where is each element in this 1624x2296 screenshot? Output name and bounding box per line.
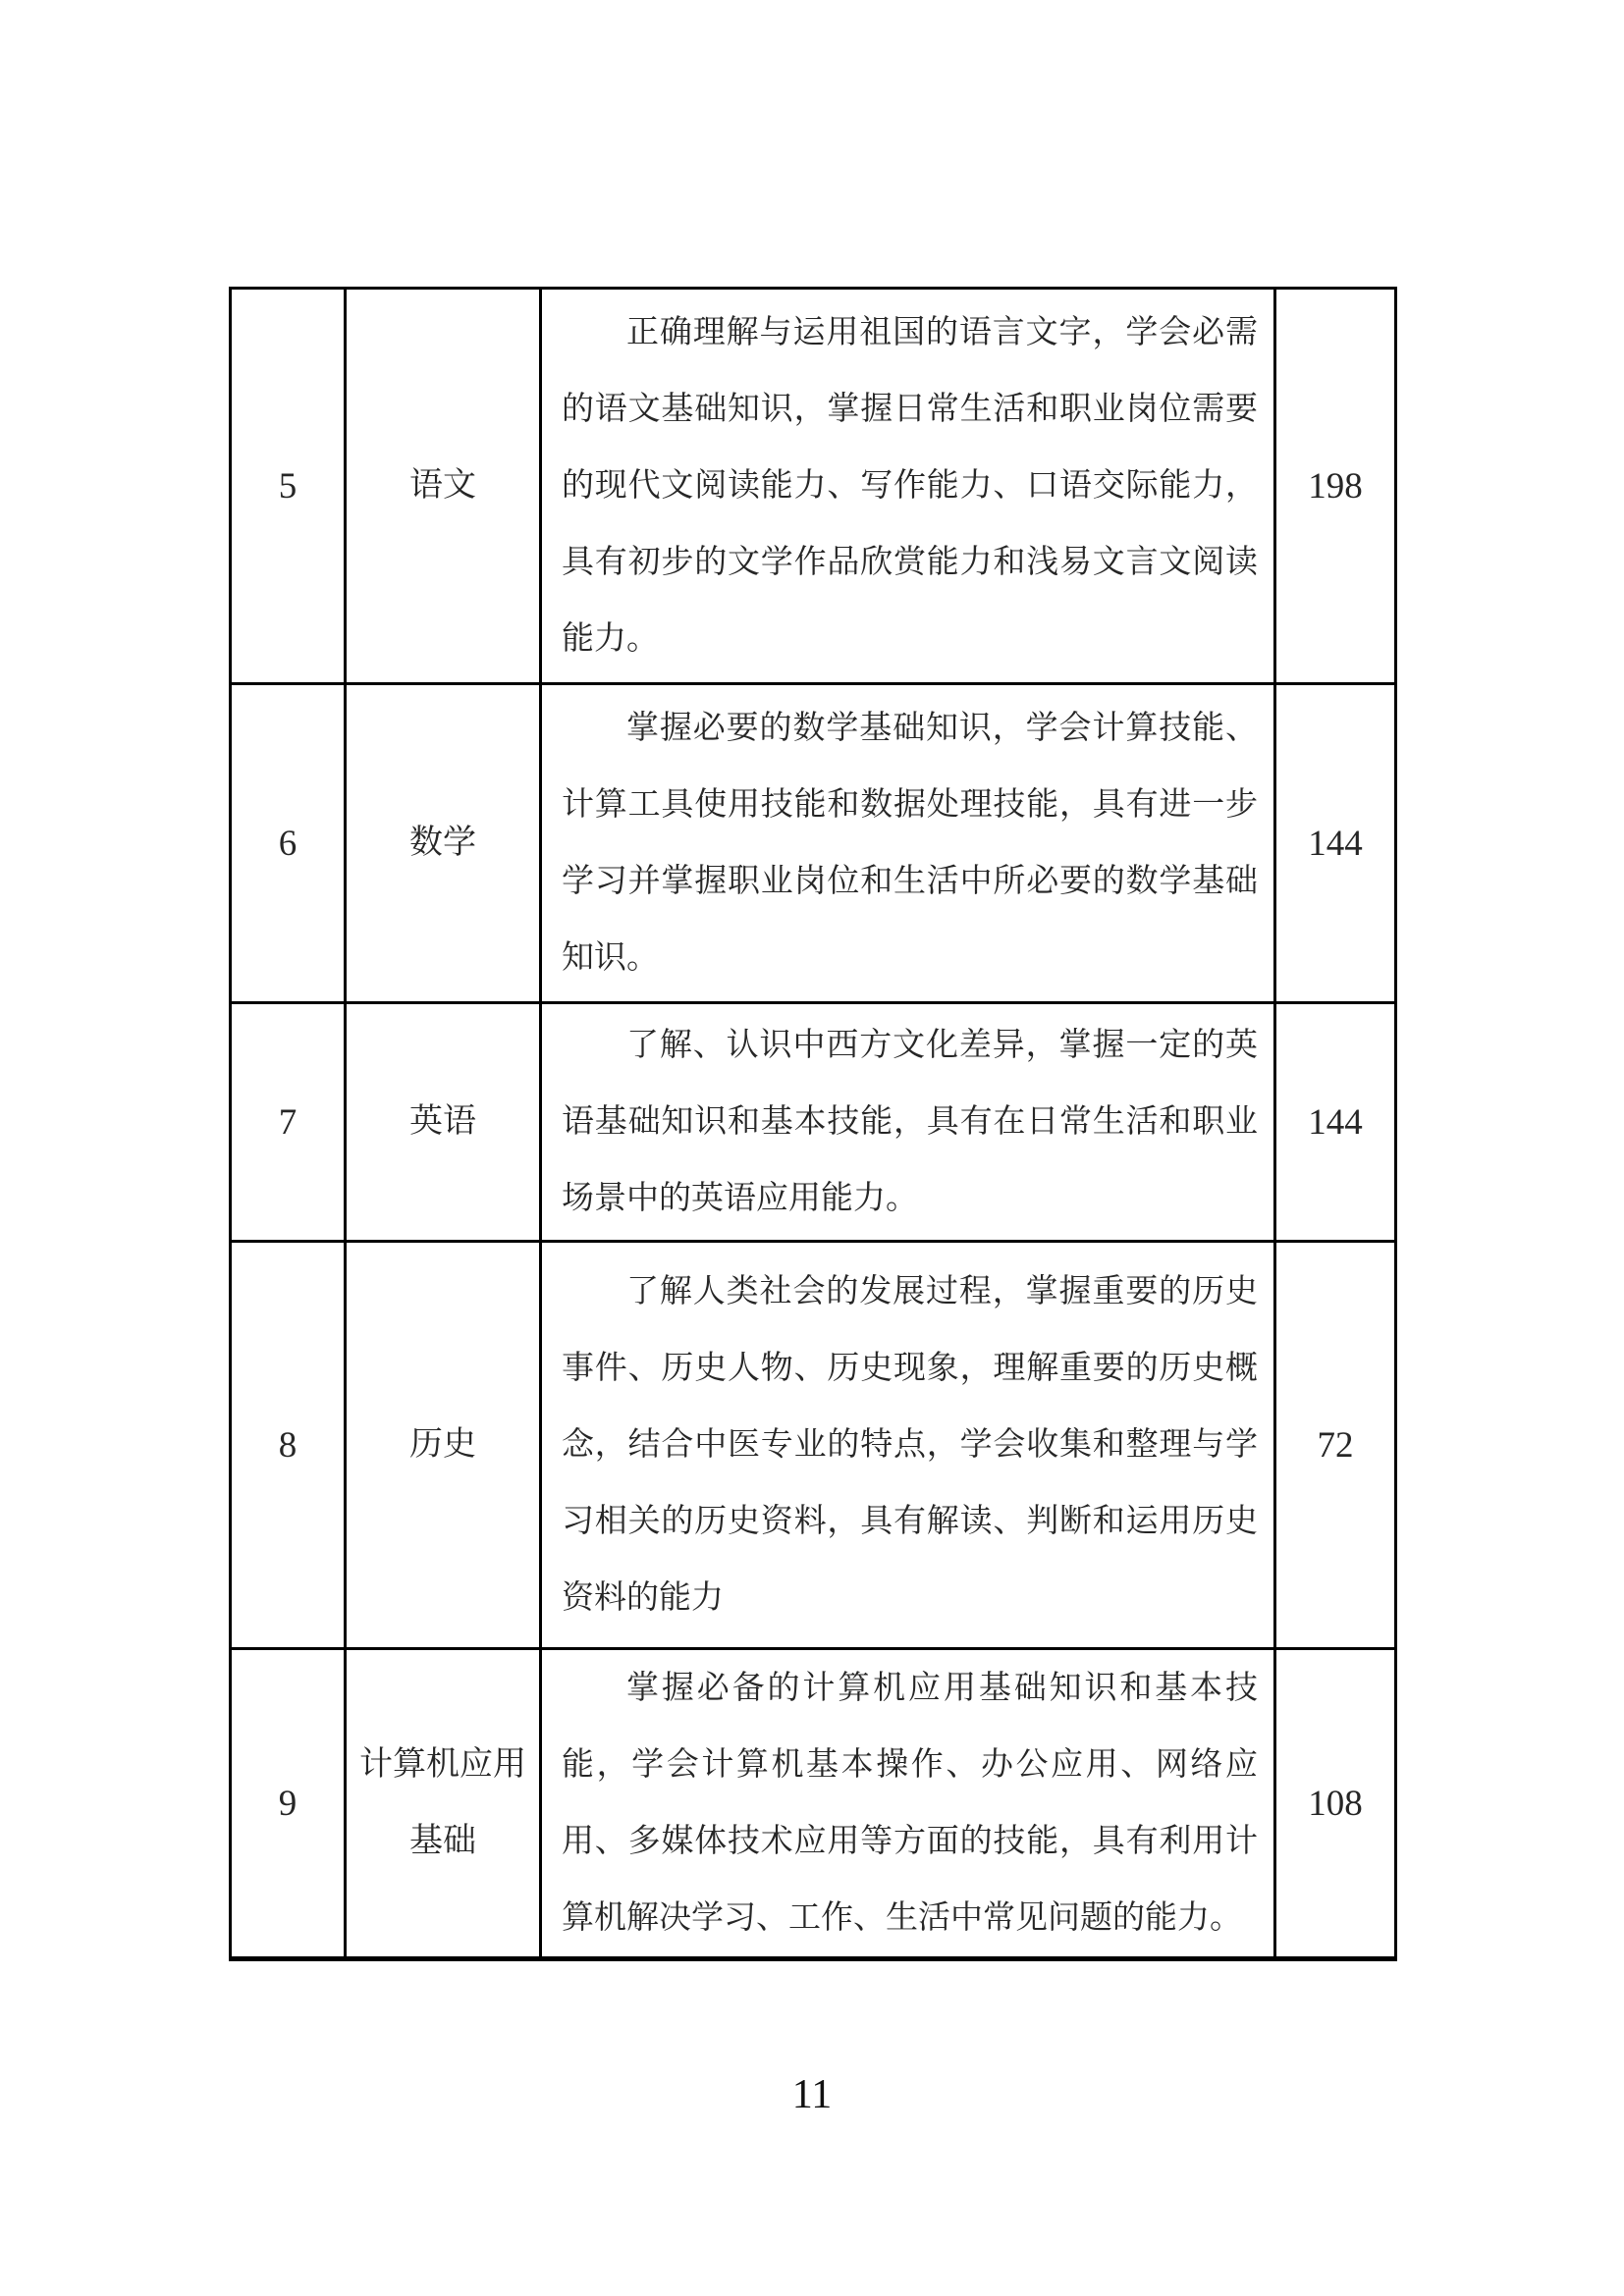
course-hours-cell: 72	[1275, 1242, 1396, 1649]
row-index-cell: 7	[231, 1003, 346, 1242]
course-name-cell: 数学	[346, 684, 541, 1003]
page-number: 11	[0, 2071, 1624, 2118]
course-description-cell: 正确理解与运用祖国的语言文字，学会必需的语文基础知识，掌握日常生活和职业岗位需要…	[541, 289, 1275, 684]
table-row: 7 英语 了解、认识中西方文化差异，掌握一定的英语基础知识和基本技能，具有在日常…	[231, 1003, 1396, 1242]
course-name-cell: 历史	[346, 1242, 541, 1649]
table-row: 5 语文 正确理解与运用祖国的语言文字，学会必需的语文基础知识，掌握日常生活和职…	[231, 289, 1396, 684]
course-description-cell: 掌握必要的数学基础知识，学会计算技能、计算工具使用技能和数据处理技能，具有进一步…	[541, 684, 1275, 1003]
course-description-text: 正确理解与运用祖国的语言文字，学会必需的语文基础知识，掌握日常生活和职业岗位需要…	[562, 294, 1258, 677]
course-name-cell: 英语	[346, 1003, 541, 1242]
table-row: 8 历史 了解人类社会的发展过程，掌握重要的历史事件、历史人物、历史现象，理解重…	[231, 1242, 1396, 1649]
course-description-text: 了解、认识中西方文化差异，掌握一定的英语基础知识和基本技能，具有在日常生活和职业…	[562, 1007, 1258, 1237]
course-hours-cell: 144	[1275, 684, 1396, 1003]
row-index-cell: 9	[231, 1649, 346, 1959]
course-hours-cell: 198	[1275, 289, 1396, 684]
course-description-cell: 了解人类社会的发展过程，掌握重要的历史事件、历史人物、历史现象，理解重要的历史概…	[541, 1242, 1275, 1649]
course-description-cell: 了解、认识中西方文化差异，掌握一定的英语基础知识和基本技能，具有在日常生活和职业…	[541, 1003, 1275, 1242]
course-description-cell: 掌握必备的计算机应用基础知识和基本技能，学会计算机基本操作、办公应用、网络应用、…	[541, 1649, 1275, 1959]
course-name-cell: 语文	[346, 289, 541, 684]
row-index-cell: 8	[231, 1242, 346, 1649]
row-index-cell: 6	[231, 684, 346, 1003]
row-index-cell: 5	[231, 289, 346, 684]
course-description-text: 了解人类社会的发展过程，掌握重要的历史事件、历史人物、历史现象，理解重要的历史概…	[562, 1254, 1258, 1636]
course-name-cell: 计算机应用基础	[346, 1649, 541, 1959]
table-row: 9 计算机应用基础 掌握必备的计算机应用基础知识和基本技能，学会计算机基本操作、…	[231, 1649, 1396, 1959]
course-description-text: 掌握必备的计算机应用基础知识和基本技能，学会计算机基本操作、办公应用、网络应用、…	[562, 1650, 1258, 1956]
course-description-text: 掌握必要的数学基础知识，学会计算技能、计算工具使用技能和数据处理技能，具有进一步…	[562, 690, 1258, 996]
course-hours-cell: 144	[1275, 1003, 1396, 1242]
course-table: 5 语文 正确理解与运用祖国的语言文字，学会必需的语文基础知识，掌握日常生活和职…	[229, 287, 1397, 1961]
table-row: 6 数学 掌握必要的数学基础知识，学会计算技能、计算工具使用技能和数据处理技能，…	[231, 684, 1396, 1003]
document-page: 5 语文 正确理解与运用祖国的语言文字，学会必需的语文基础知识，掌握日常生活和职…	[0, 0, 1624, 2296]
course-hours-cell: 108	[1275, 1649, 1396, 1959]
